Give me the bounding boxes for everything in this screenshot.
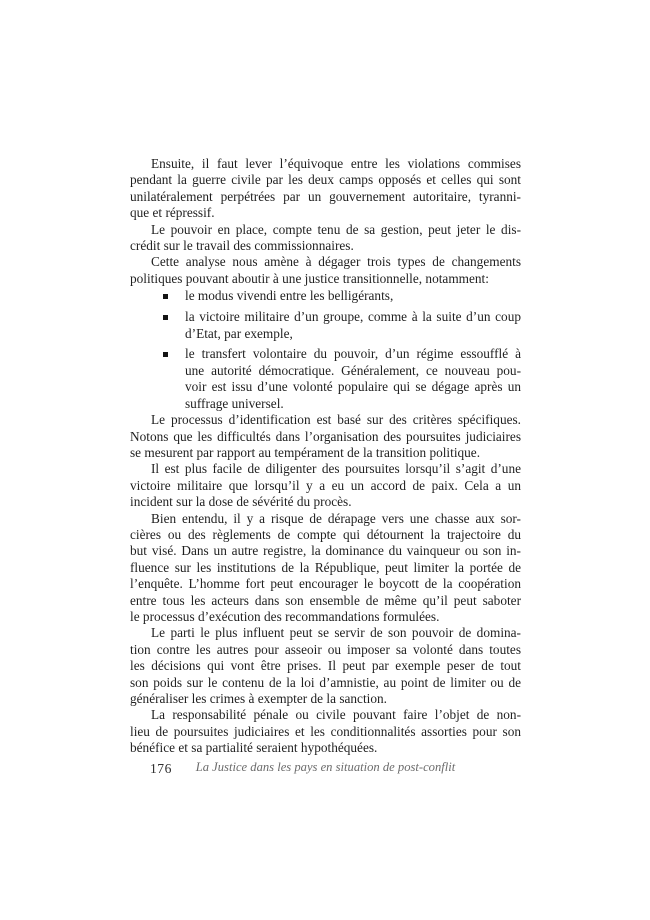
text-line: Notons que les difficultés dans l’organi…	[130, 429, 521, 445]
text-line: Bien entendu, il y a risque de dérapage …	[130, 511, 521, 527]
text-line: lieu de poursuites judiciaires et les co…	[130, 724, 521, 740]
text-line: Le pouvoir en place, compte tenu de sa g…	[130, 222, 521, 238]
text-line: tion contre les autres pour asseoir ou i…	[130, 642, 521, 658]
paragraph: Cette analyse nous amène à dégager trois…	[130, 254, 521, 287]
text-line: suffrage universel.	[185, 396, 521, 412]
text-line: Le processus d’identification est basé s…	[130, 412, 521, 428]
page-footer: 176 La Justice dans les pays en situatio…	[130, 760, 521, 778]
bullet-item-text: le transfert volontaire du pouvoir, d’un…	[185, 346, 521, 412]
text-line: La responsabilité pénale ou civile pouva…	[130, 707, 521, 723]
text-line: d’Etat, par exemple,	[185, 326, 521, 342]
text-line: entre tous les acteurs dans son ensemble…	[130, 593, 521, 609]
bullet-item: ▪le modus vivendi entre les belligérants…	[130, 288, 521, 304]
paragraph: Le processus d’identification est basé s…	[130, 412, 521, 461]
paragraph: Il est plus facile de diligenter des pou…	[130, 461, 521, 510]
text-line: bénéfice et sa partialité seraient hypot…	[130, 740, 521, 756]
text-line: fluence sur les institutions de la Répub…	[130, 560, 521, 576]
text-line: pendant la guerre civile par les deux ca…	[130, 172, 521, 188]
book-page: Ensuite, il faut lever l’équivoque entre…	[0, 0, 650, 920]
bullet-item: ▪la victoire militaire d’un groupe, comm…	[130, 309, 521, 342]
text-line: victoire militaire que lorsqu’il y a eu …	[130, 478, 521, 494]
page-body: Ensuite, il faut lever l’équivoque entre…	[130, 156, 521, 757]
text-line: but visé. Dans un autre registre, la dom…	[130, 543, 521, 559]
text-line: Le parti le plus influent peut se servir…	[130, 625, 521, 641]
text-line: politiques pouvant aboutir à une justice…	[130, 271, 521, 287]
text-line: Ensuite, il faut lever l’équivoque entre…	[130, 156, 521, 172]
bullet-item-text: le modus vivendi entre les belligérants,	[185, 288, 521, 304]
paragraph: Bien entendu, il y a risque de dérapage …	[130, 511, 521, 626]
text-line: une autorité démocratique. Généralement,…	[185, 363, 521, 379]
text-line: le processus d’exécution des recommandat…	[130, 609, 521, 625]
bullet-item-text: la victoire militaire d’un groupe, comme…	[185, 309, 521, 342]
text-line: incident sur la dose de sévérité du proc…	[130, 494, 521, 510]
text-line: l’enquête. L’homme fort peut encourager …	[130, 576, 521, 592]
paragraph: Le pouvoir en place, compte tenu de sa g…	[130, 222, 521, 255]
text-line: voir est issu d’une volonté populaire qu…	[185, 379, 521, 395]
text-line: Il est plus facile de diligenter des pou…	[130, 461, 521, 477]
text-line: crédit sur le travail des commissionnair…	[130, 238, 521, 254]
text-line: que et répressif.	[130, 205, 521, 221]
paragraph: Ensuite, il faut lever l’équivoque entre…	[130, 156, 521, 222]
text-line: se mesurent par rapport au tempérament d…	[130, 445, 521, 461]
paragraph: La responsabilité pénale ou civile pouva…	[130, 707, 521, 756]
paragraph: Le parti le plus influent peut se servir…	[130, 625, 521, 707]
bullet-square-icon: ▪	[163, 294, 168, 299]
text-line: cières ou des règlements de compte qui d…	[130, 527, 521, 543]
text-line: généraliser les crimes à exempter de la …	[130, 691, 521, 707]
bullet-square-icon: ▪	[163, 352, 168, 357]
text-line: unilatéralement perpétrées par un gouver…	[130, 189, 521, 205]
text-line: son poids sur le contenu de la loi d’amn…	[130, 675, 521, 691]
bullet-square-icon: ▪	[163, 315, 168, 320]
text-line: les décisions qui vont être prises. Il p…	[130, 658, 521, 674]
text-line: Cette analyse nous amène à dégager trois…	[130, 254, 521, 270]
text-line: le transfert volontaire du pouvoir, d’un…	[185, 346, 521, 362]
text-line: le modus vivendi entre les belligérants,	[185, 288, 521, 304]
running-title: La Justice dans les pays en situation de…	[130, 760, 521, 775]
bullet-item: ▪le transfert volontaire du pouvoir, d’u…	[130, 346, 521, 412]
text-line: la victoire militaire d’un groupe, comme…	[185, 309, 521, 325]
